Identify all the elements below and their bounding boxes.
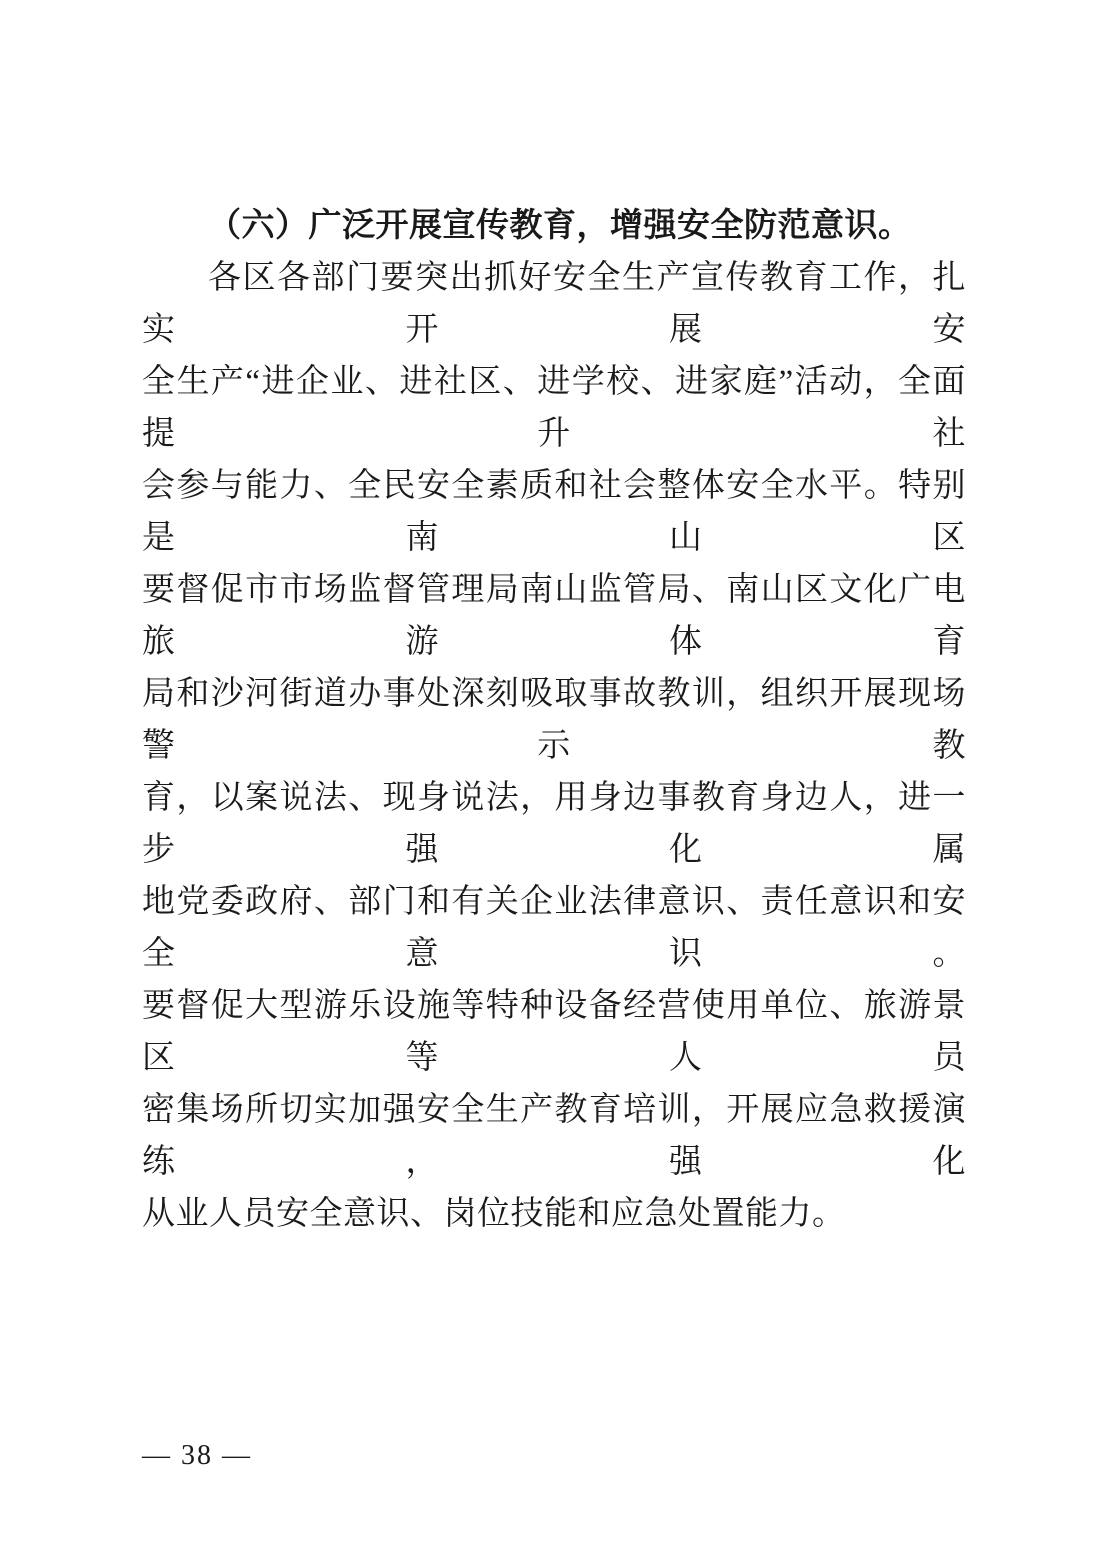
paragraph-line: 全生产“进企业、进社区、进学校、进家庭”活动，全面提升社 [142,356,966,460]
document-body: （六）广泛开展宣传教育，增强安全防范意识。 各区各部门要突出抓好安全生产宣传教育… [142,200,966,1240]
document-page: （六）广泛开展宣传教育，增强安全防范意识。 各区各部门要突出抓好安全生产宣传教育… [0,0,1102,1559]
paragraph-line: 要督促市市场监督管理局南山监管局、南山区文化广电旅游体育 [142,564,966,668]
page-number: — 38 — [142,1440,252,1472]
paragraph-line: 要督促大型游乐设施等特种设备经营使用单位、旅游景区等人员 [142,980,966,1084]
section-heading: （六）广泛开展宣传教育，增强安全防范意识。 [142,200,966,252]
paragraph-line: 育，以案说法、现身说法，用身边事教育身边人，进一步强化属 [142,772,966,876]
paragraph-line: 密集场所切实加强安全生产教育培训，开展应急救援演练，强化 [142,1084,966,1188]
paragraph-line: 各区各部门要突出抓好安全生产宣传教育工作，扎实开展安 [142,252,966,356]
paragraph-line: 局和沙河街道办事处深刻吸取事故教训，组织开展现场警示教 [142,668,966,772]
paragraph-line: 地党委政府、部门和有关企业法律意识、责任意识和安全意识。 [142,876,966,980]
paragraph-line: 会参与能力、全民安全素质和社会整体安全水平。特别是南山区 [142,460,966,564]
paragraph-line: 从业人员安全意识、岗位技能和应急处置能力。 [142,1188,966,1240]
